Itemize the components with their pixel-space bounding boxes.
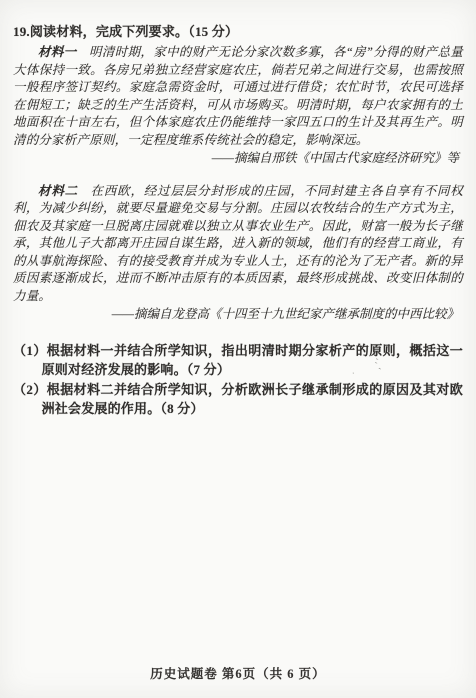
material-2-paragraph: 材料二在西欧，经过层层分封形成的庄园，不同封建主各自享有不同权利，为减少纠纷，就… xyxy=(13,183,463,306)
exam-content: 19.阅读材料，完成下列要求。（15 分） 材料一明清时期，家中的财产无论分家次… xyxy=(13,22,463,419)
material-2-label: 材料二 xyxy=(38,184,78,198)
material-2-citation: ——摘编自龙登高《十四至十九世纪家产继承制度的中西比较》 xyxy=(13,306,463,324)
material-1-label: 材料一 xyxy=(38,45,77,59)
scanned-exam-page: 19.阅读材料，完成下列要求。（15 分） 材料一明清时期，家中的财产无论分家次… xyxy=(0,0,476,698)
sub-question-2: （2）根据材料二并结合所学知识，分析欧洲长子继承制形成的原因及其对欧洲社会发展的… xyxy=(13,380,463,419)
material-1-paragraph: 材料一明清时期，家中的财产无论分家次数多寡，各“房”分得的财产总量大体保持一致。… xyxy=(13,44,463,149)
question-19-header: 19.阅读材料，完成下列要求。（15 分） xyxy=(13,22,463,41)
material-2-text: 在西欧，经过层层分封形成的庄园，不同封建主各自享有不同权利，为减少纠纷，就要尽量… xyxy=(13,184,463,303)
sub-questions: （1）根据材料一并结合所学知识，指出明清时期分家析产的原则，概括这一原则对经济发… xyxy=(13,341,463,419)
material-1-text: 明清时期，家中的财产无论分家次数多寡，各“房”分得的财产总量大体保持一致。各房兄… xyxy=(13,45,463,147)
sub-question-1: （1）根据材料一并结合所学知识，指出明清时期分家析产的原则，概括这一原则对经济发… xyxy=(13,341,463,380)
material-1-citation: ——摘编自邢铁《中国古代家庭经济研究》等 xyxy=(13,150,463,168)
page-footer: 历史试题卷 第6页（共 6 页） xyxy=(0,664,476,682)
